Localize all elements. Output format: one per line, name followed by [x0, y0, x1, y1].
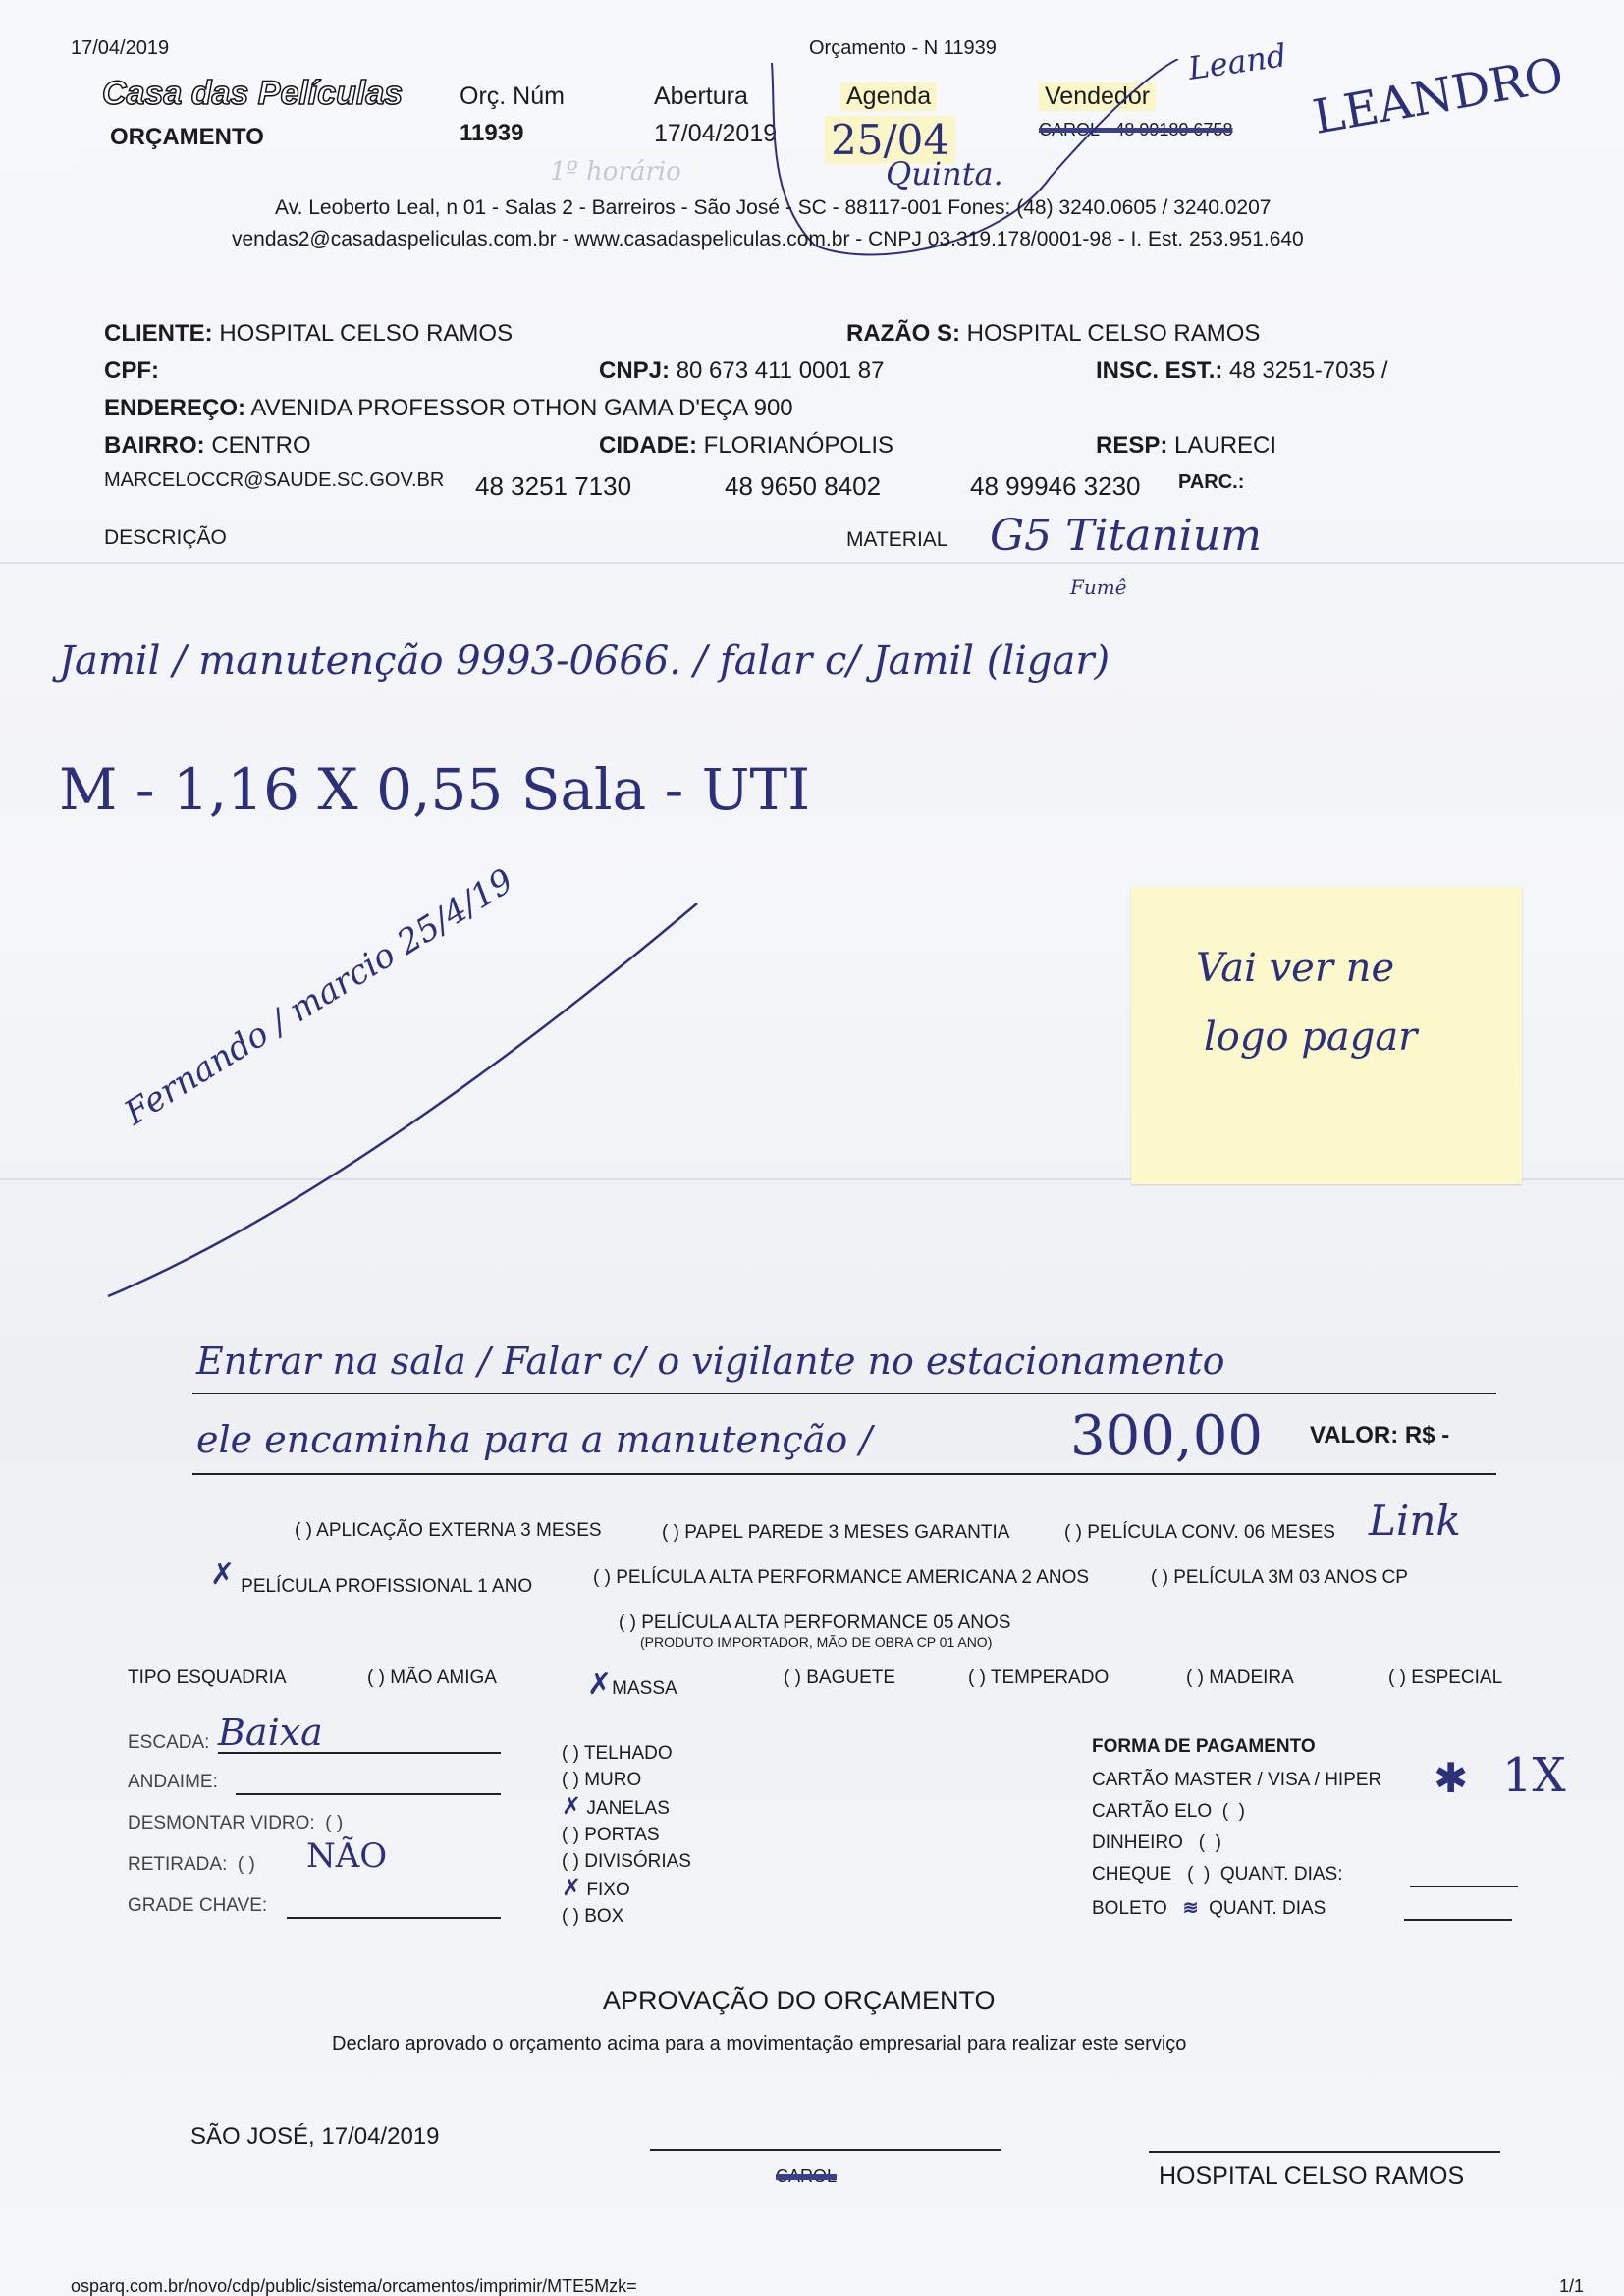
grade-field[interactable]	[287, 1917, 501, 1919]
retirada-label: RETIRADA: ( )	[128, 1854, 255, 1876]
bairro-field: BAIRRO: CENTRO	[104, 432, 311, 460]
esquadria-mao-amiga[interactable]: ( ) MÃO AMIGA	[367, 1667, 497, 1689]
razao-field: RAZÃO S: HOSPITAL CELSO RAMOS	[846, 320, 1260, 348]
andaime-label: ANDAIME:	[128, 1772, 218, 1793]
esquadria-especial[interactable]: ( ) ESPECIAL	[1388, 1667, 1502, 1689]
doc-type: ORÇAMENTO	[110, 124, 264, 151]
sticky-note: Vai ver ne logo pagar	[1131, 887, 1522, 1184]
resp-field: RESP: LAURECI	[1096, 432, 1276, 460]
torn-corner	[0, 0, 118, 167]
esquadria-madeira[interactable]: ( ) MADEIRA	[1186, 1667, 1294, 1689]
boleto-dias-field[interactable]	[1404, 1919, 1512, 1921]
option-pelicula-conv[interactable]: ( ) PELÍCULA CONV. 06 MESES	[1064, 1522, 1335, 1544]
orc-num-value: 11939	[460, 120, 523, 147]
cpf-label: CPF:	[104, 357, 159, 385]
location-divisorias[interactable]: ( ) DIVISÓRIAS	[562, 1848, 691, 1875]
escada-value[interactable]: Baixa	[218, 1711, 323, 1754]
payment-cartao-elo[interactable]: CARTÃO ELO ( )	[1092, 1801, 1245, 1823]
location-box[interactable]: ( ) BOX	[562, 1903, 691, 1930]
andaime-field[interactable]	[236, 1793, 501, 1795]
client-phone-1: 48 3251 7130	[475, 471, 631, 502]
option-pelicula-alta-performance[interactable]: ( ) PELÍCULA ALTA PERFORMANCE 05 ANOS	[619, 1613, 1010, 1634]
check-mark-icon: ✗	[562, 1792, 581, 1820]
option-note: Link	[1369, 1497, 1461, 1545]
payment-title: FORMA DE PAGAMENTO	[1092, 1736, 1316, 1758]
client-phone-3: 48 99946 3230	[970, 471, 1141, 502]
approval-title: APROVAÇÃO DO ORÇAMENTO	[603, 1986, 996, 2016]
location-janelas[interactable]: ✗ JANELAS	[562, 1793, 691, 1822]
cnpj-field: CNPJ: 80 673 411 0001 87	[599, 357, 884, 385]
handwritten-note-2: M - 1,16 X 0,55 Sala - UTI	[59, 756, 810, 823]
company-logo: Casa das Películas	[102, 75, 403, 113]
insc-field: INSC. EST.: 48 3251-7035 /	[1096, 357, 1388, 385]
grade-label: GRADE CHAVE:	[128, 1895, 267, 1917]
seller-signature-line	[650, 2149, 1001, 2151]
client-email: MARCELOCCR@SAUDE.SC.GOV.BR	[104, 469, 444, 492]
scanned-document: 17/04/2019 Orçamento - N 11939 Casa das …	[0, 0, 1624, 2296]
handwritten-note-1: Jamil / manutenção 9993-0666. / falar c/…	[59, 638, 1110, 683]
scribble-icon: ≋	[1183, 1898, 1199, 1919]
option-aplicacao-externa[interactable]: ( ) APLICAÇÃO EXTERNA 3 MESES	[295, 1520, 602, 1542]
sticky-note-line-2: logo pagar	[1204, 1014, 1417, 1060]
esquadria-label: TIPO ESQUADRIA	[128, 1667, 287, 1689]
vendedor-handwritten: LEANDRO	[1309, 47, 1567, 145]
client-signature-line	[1149, 2151, 1500, 2153]
location-portas[interactable]: ( ) PORTAS	[562, 1822, 691, 1848]
endereco-field: ENDEREÇO: AVENIDA PROFESSOR OTHON GAMA D…	[104, 395, 793, 422]
option-pelicula-americana[interactable]: ( ) PELÍCULA ALTA PERFORMANCE AMERICANA …	[593, 1567, 1089, 1589]
cliente-field: CLIENTE: HOSPITAL CELSO RAMOS	[104, 320, 513, 348]
seller-signer: CAROL	[776, 2166, 837, 2187]
descricao-label: DESCRIÇÃO	[104, 526, 227, 550]
address-line: Av. Leoberto Leal, n 01 - Salas 2 - Barr…	[275, 196, 1271, 220]
payment-dinheiro[interactable]: DINHEIRO ( )	[1092, 1832, 1221, 1854]
client-signer: HOSPITAL CELSO RAMOS	[1159, 2162, 1464, 2191]
option-pelicula-alta-performance-sub: (PRODUTO IMPORTADOR, MÃO DE OBRA CP 01 A…	[640, 1634, 992, 1650]
contact-line: vendas2@casadaspeliculas.com.br - www.ca…	[232, 228, 1304, 251]
location-muro[interactable]: ( ) MURO	[562, 1767, 691, 1793]
footer-page: 1/1	[1559, 2276, 1584, 2296]
abertura-label: Abertura	[654, 82, 748, 111]
check-mark-icon: ✗	[562, 1874, 581, 1901]
desmontar-label: DESMONTAR VIDRO: ( )	[128, 1813, 343, 1834]
esquadria-baguete[interactable]: ( ) BAGUETE	[784, 1667, 895, 1689]
payment-note: 1X	[1502, 1748, 1566, 1803]
locations-list: ( ) TELHADO ( ) MURO ✗ JANELAS ( ) PORTA…	[562, 1740, 691, 1930]
handwritten-value: 300,00	[1070, 1404, 1263, 1468]
esquadria-temperado[interactable]: ( ) TEMPERADO	[968, 1667, 1109, 1689]
instructions-line-1: Entrar na sala / Falar c/ o vigilante no…	[196, 1339, 1224, 1383]
approval-place-date: SÃO JOSÉ, 17/04/2019	[190, 2123, 440, 2151]
check-mark-icon: ✱	[1434, 1754, 1468, 1802]
payment-cartao-master[interactable]: CARTÃO MASTER / VISA / HIPER	[1092, 1770, 1381, 1791]
option-pelicula-3m[interactable]: ( ) PELÍCULA 3M 03 ANOS CP	[1151, 1567, 1408, 1589]
escada-label: ESCADA:	[128, 1732, 209, 1754]
doc-title: Orçamento - N 11939	[809, 37, 997, 60]
payment-cheque[interactable]: CHEQUE ( ) QUANT. DIAS:	[1092, 1864, 1342, 1886]
cheque-dias-field[interactable]	[1410, 1886, 1518, 1887]
approval-text: Declaro aprovado o orçamento acima para …	[332, 2033, 1186, 2055]
location-telhado[interactable]: ( ) TELHADO	[562, 1740, 691, 1767]
esquadria-massa[interactable]: ✗MASSA	[587, 1667, 677, 1702]
material-note: Fumê	[1070, 575, 1127, 599]
horario-note: 1º horário	[550, 157, 681, 187]
print-date: 17/04/2019	[71, 37, 169, 60]
instructions-line-2: ele encaminha para a manutenção /	[196, 1418, 872, 1461]
material-label: MATERIAL	[846, 528, 947, 552]
orc-num-label: Orç. Núm	[460, 82, 565, 111]
option-pelicula-profissional[interactable]: ✗PELÍCULA PROFISSIONAL 1 ANO	[216, 1565, 532, 1600]
payment-boleto[interactable]: BOLETO ≋ QUANT. DIAS	[1092, 1897, 1326, 1920]
option-papel-parede[interactable]: ( ) PAPEL PAREDE 3 MESES GARANTIA	[662, 1522, 1009, 1544]
parc-label: PARC.:	[1178, 471, 1244, 494]
location-fixo[interactable]: ✗ FIXO	[562, 1875, 691, 1903]
cidade-field: CIDADE: FLORIANÓPOLIS	[599, 432, 893, 460]
check-mark-icon: ✗	[210, 1558, 235, 1592]
material-value: G5 Titanium	[990, 511, 1262, 561]
valor-label: VALOR: R$ -	[1310, 1422, 1449, 1449]
retirada-value: NÃO	[306, 1836, 387, 1876]
sticky-note-line-1: Vai ver ne	[1196, 946, 1394, 991]
check-mark-icon: ✗	[587, 1667, 612, 1702]
footer-url: osparq.com.br/novo/cdp/public/sistema/or…	[71, 2276, 637, 2296]
client-phone-2: 48 9650 8402	[725, 471, 881, 502]
